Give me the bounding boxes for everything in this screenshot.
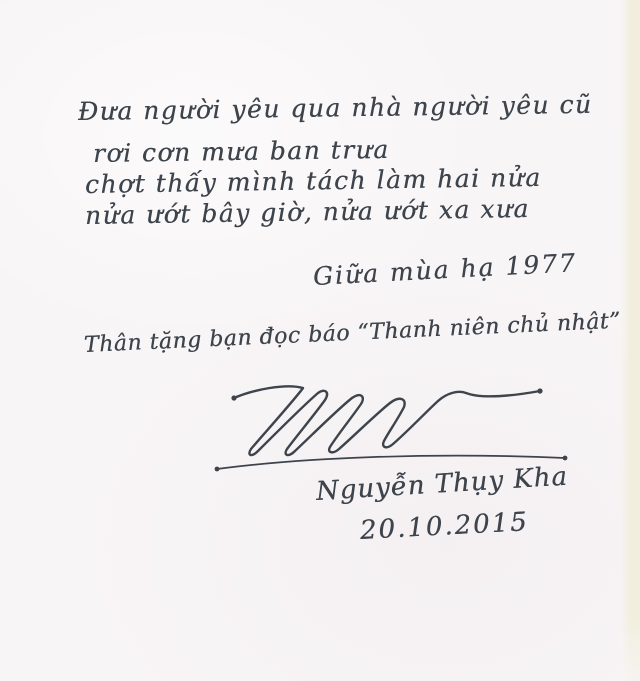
- poem-date-line: Giữa mùa hạ 1977: [312, 248, 577, 291]
- scanned-note-page: Đưa người yêu qua nhà người yêu cũ rơi c…: [0, 0, 640, 681]
- author-name: Nguyễn Thụy Kha: [315, 462, 569, 507]
- signature-date: 20.10.2015: [359, 507, 529, 546]
- underline-right-dot: [563, 456, 568, 461]
- signature-start-dot: [231, 395, 236, 400]
- signature-end-dot: [537, 388, 542, 393]
- signature-flourish: [234, 386, 540, 455]
- poem-line-3: chợt thấy mình tách làm hai nửa: [85, 163, 542, 199]
- poem-line-4: nửa ướt bây giờ, nửa ướt xa xưa: [85, 194, 530, 230]
- underline-left-dot: [215, 467, 220, 472]
- dedication-line: Thân tặng bạn đọc báo “Thanh niên chủ nh…: [83, 309, 621, 358]
- scan-edge-strip: [620, 0, 640, 681]
- poem-line-2: rơi cơn mưa ban trưa: [93, 135, 390, 168]
- poem-line-1: Đưa người yêu qua nhà người yêu cũ: [78, 90, 593, 126]
